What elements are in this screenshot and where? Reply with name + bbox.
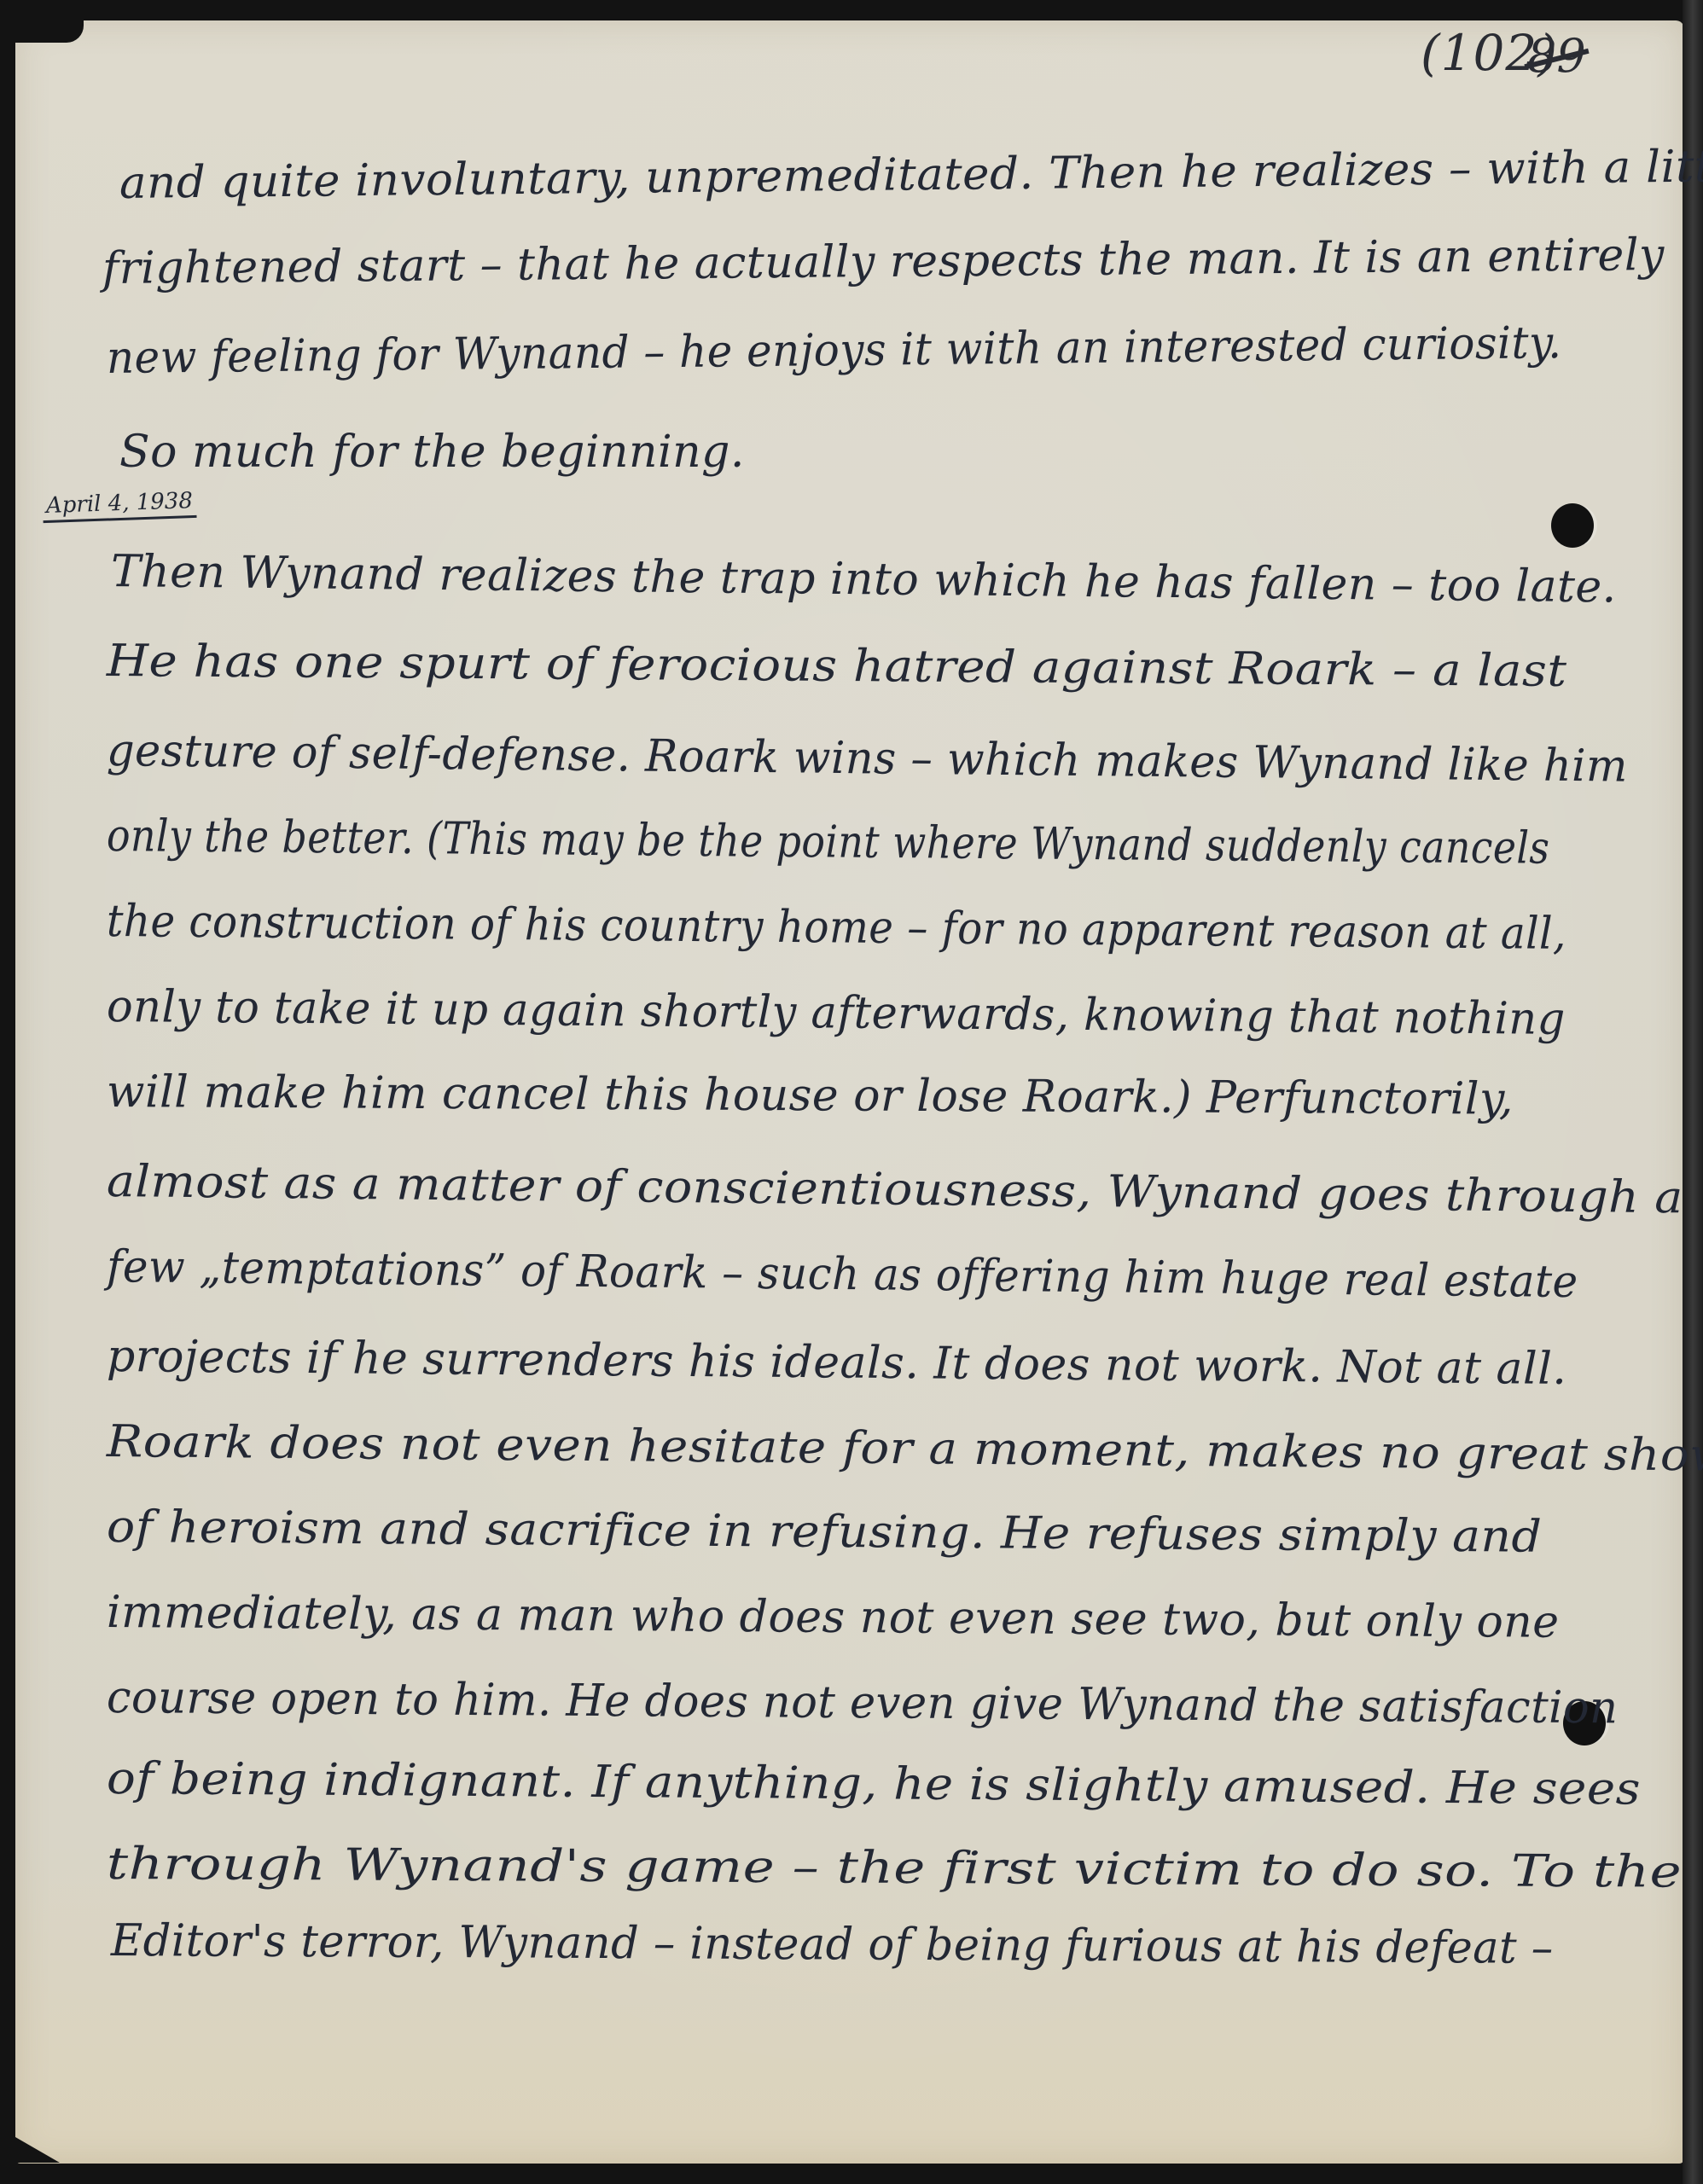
text-line: course open to him. He does not even giv… bbox=[107, 1672, 1619, 1734]
text-line: will make him cancel this house or lose … bbox=[107, 1066, 1514, 1125]
text-line: of heroism and sacrifice in refusing. He… bbox=[107, 1501, 1543, 1563]
text-line: He has one spurt of ferocious hatred aga… bbox=[107, 636, 1567, 697]
text-line: of being indignant. If anything, he is s… bbox=[107, 1753, 1641, 1815]
torn-corner bbox=[15, 20, 84, 43]
text-line: Editor's terror, Wynand – instead of bei… bbox=[111, 1915, 1554, 1974]
struck-page-number: 89 bbox=[1527, 29, 1586, 83]
folded-corner bbox=[15, 2137, 60, 2163]
page-edge-shadow bbox=[1683, 0, 1703, 2184]
text-line: So much for the beginning. bbox=[119, 427, 745, 478]
text-line: through Wynand's game – the first victim… bbox=[107, 1838, 1682, 1898]
text-line: immediately, as a man who does not even … bbox=[107, 1587, 1560, 1648]
margin-date-note: April 4, 1938 bbox=[42, 488, 196, 523]
punch-hole-top bbox=[1551, 503, 1594, 548]
